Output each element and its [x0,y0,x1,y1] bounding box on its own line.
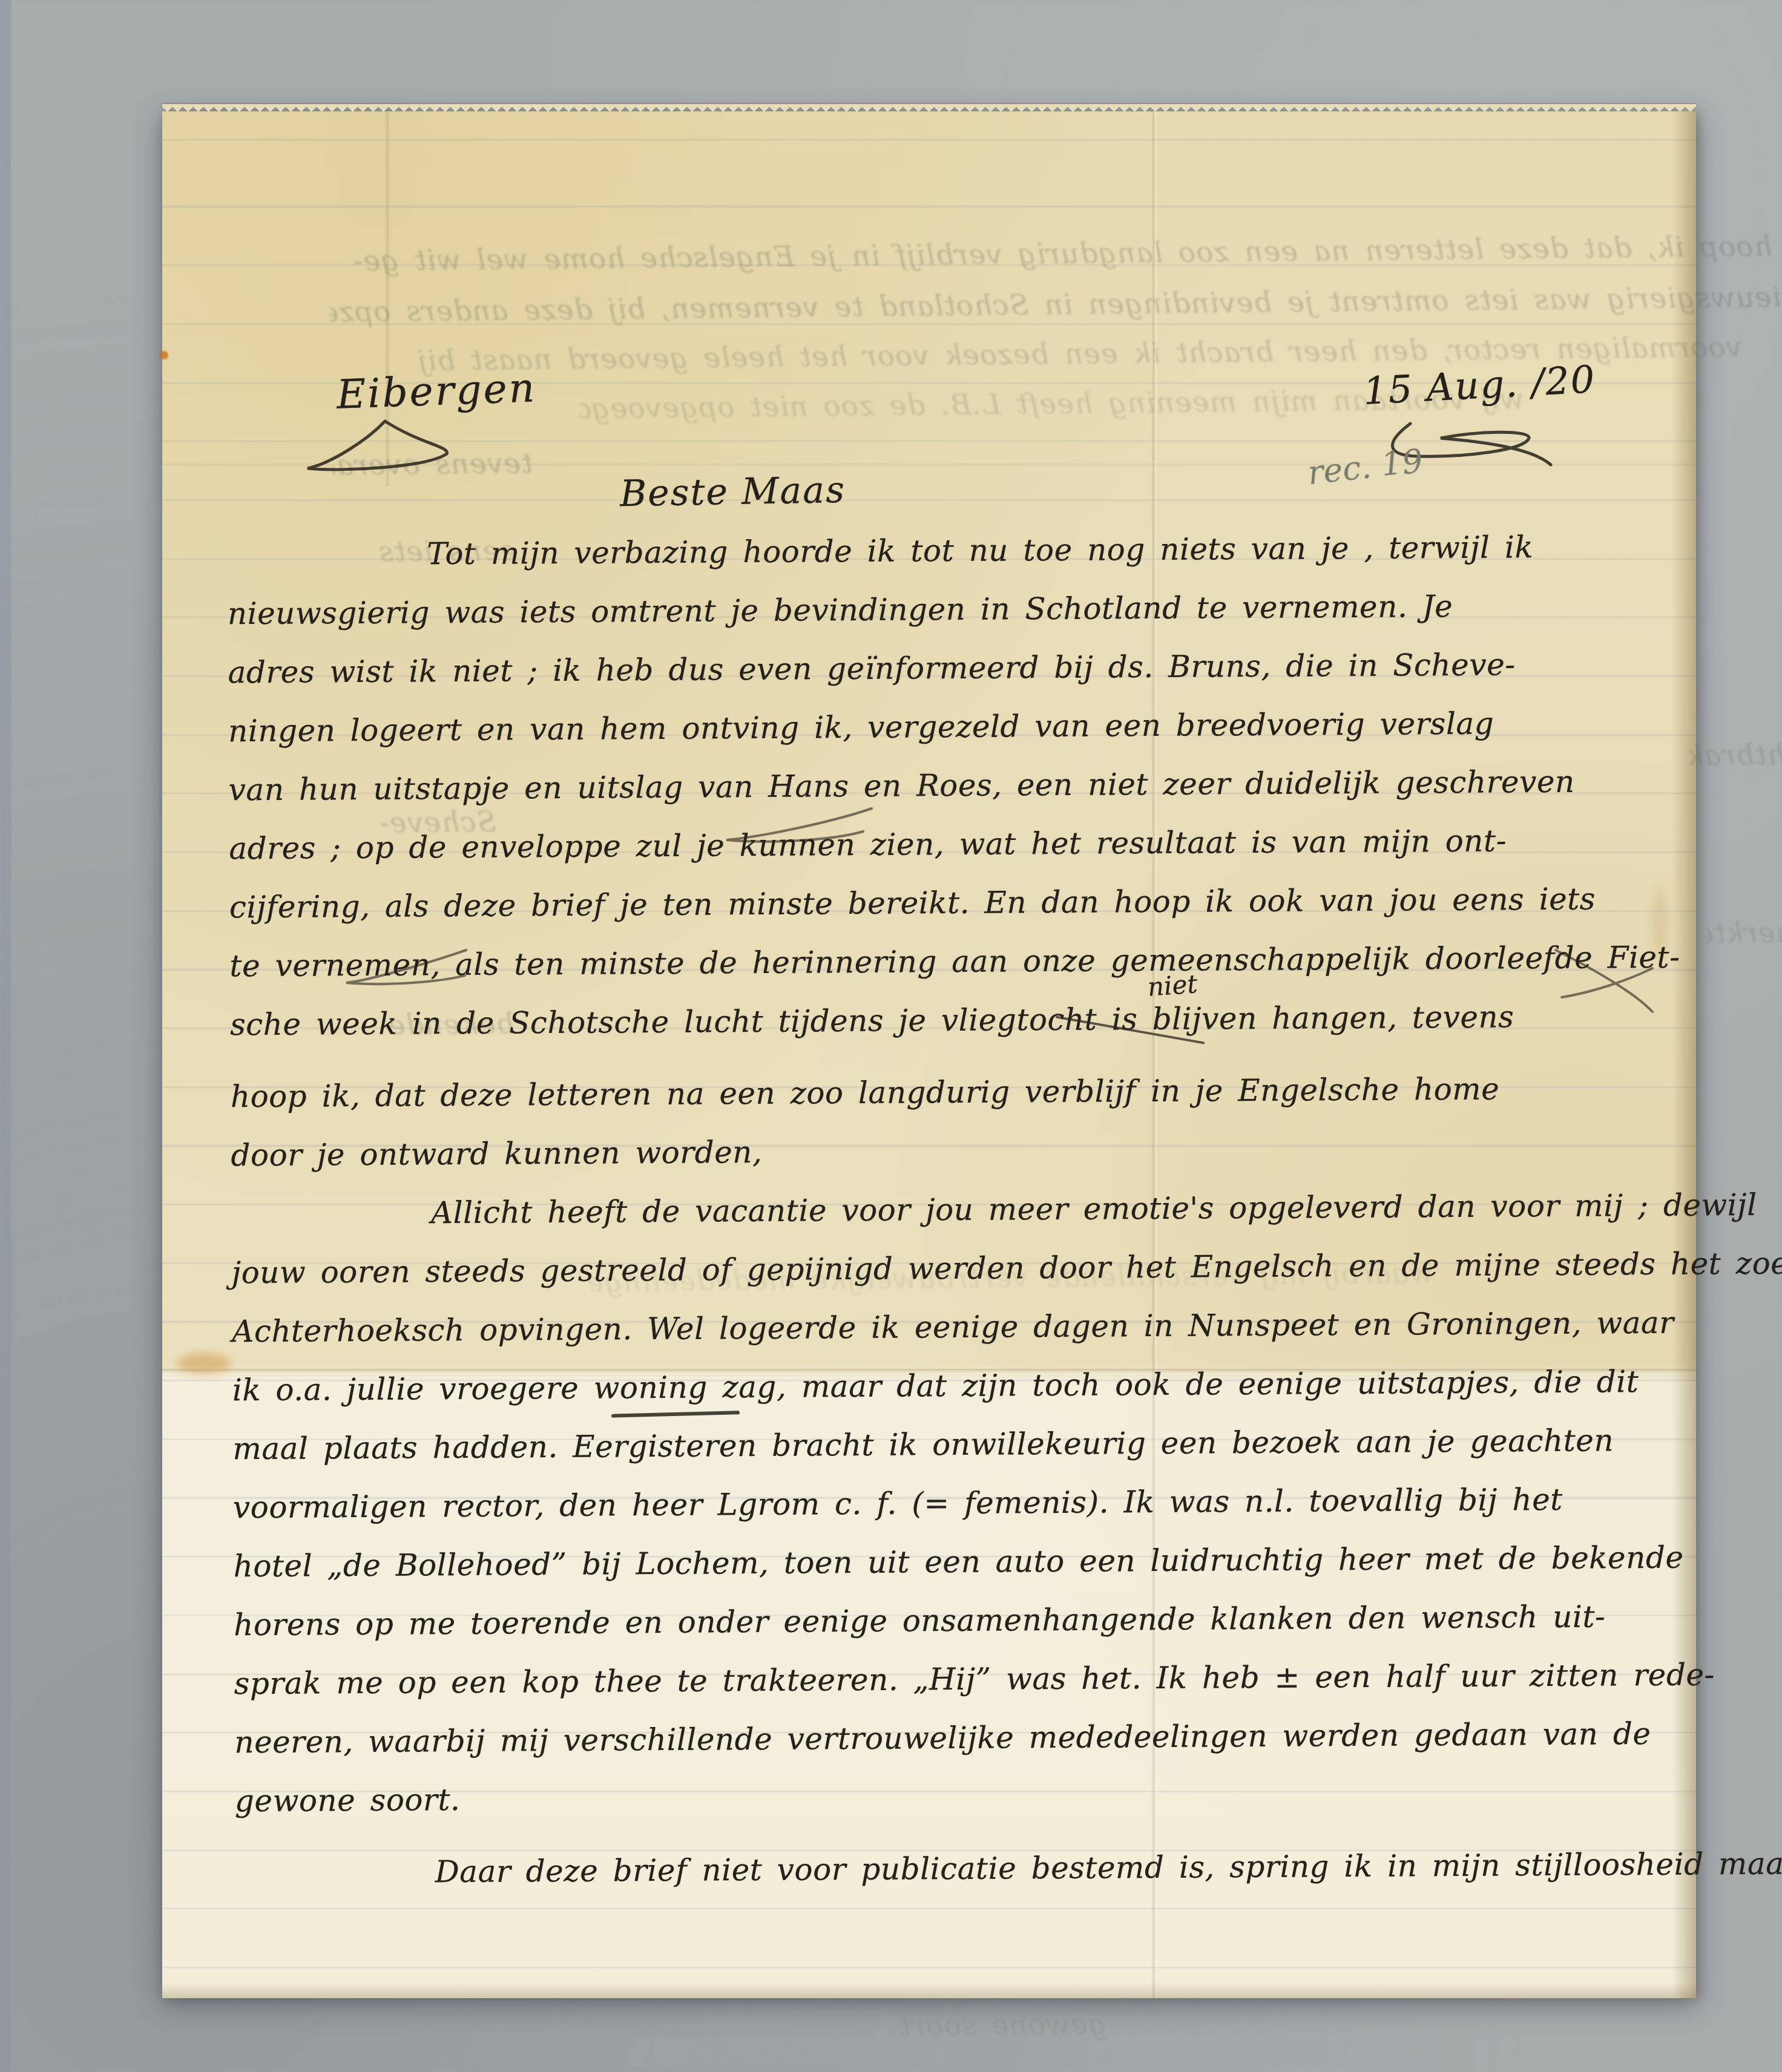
bleed-through-text: Nachtbraken [1688,738,1782,773]
handwritten-line: ningen logeert en van hem ontving ik, ve… [228,693,1675,761]
handwritten-line: horens op me toerende en onder eenige on… [234,1587,1681,1655]
place-name: Eibergen [336,364,537,418]
letter-body: Tot mijn verbazing hoorde ik tot nu toe … [227,517,1682,1903]
handwritten-line: nieuwsgierig was iets omtrent je bevindi… [228,576,1675,644]
handwritten-line: hoop ik, dat deze letteren na een zoo la… [231,1059,1678,1127]
page-background: { "colors": { "background": "#a7abac", "… [0,0,1782,2072]
salutation: Beste Maas [619,469,846,515]
handwritten-line: hotel „de Bollehoed” bij Lochem, toen ui… [233,1529,1680,1596]
age-stain [160,351,168,359]
paper-bottom-shadow [162,1982,1696,1998]
handwritten-line: adres ; op de enveloppe zul je kunnen zi… [229,811,1676,879]
pen-flourish [1537,944,1659,1017]
inserted-word: niet [1146,969,1198,1002]
handwritten-line: door je ontward kunnen worden, [231,1118,1678,1185]
handwritten-line: van hun uitstapje en uitslag van Hans en… [228,752,1675,820]
handwritten-line: sprak me op een kop thee te trakteeren. … [234,1646,1681,1714]
handwritten-line: voormaligen rector, den heer Lgrom c. f.… [233,1470,1680,1538]
handwritten-line: maal plaats hadden. Eergisteren bracht i… [232,1411,1680,1479]
handwritten-line: gewone soort. [235,1763,1682,1831]
handwritten-line: Achterhoeksch opvingen. Wel logeerde ik … [232,1294,1679,1362]
handwritten-line: Daar deze brief niet voor publicatie bes… [235,1835,1682,1903]
handwritten-line: cijfering, als deze brief je ten minste … [229,870,1677,937]
handwritten-line: jouw ooren steeds gestreeld of gepijnigd… [231,1235,1678,1303]
handwritten-line: ik o.a. jullie vroegere woning zag, maar… [232,1352,1680,1420]
handwritten-line: Allicht heeft de vacantie voor jou meer … [231,1176,1678,1244]
handwritten-line: neeren, waarbij mij verschillende vertro… [234,1705,1682,1772]
handwritten-line: adres wist ik niet ; ik heb dus even geï… [228,635,1675,703]
bleed-through-text: bemerkte [1706,916,1782,950]
pen-flourish [720,805,878,847]
pen-flourish [339,944,472,992]
age-stain [177,1353,231,1374]
bleed-through-text: gewone soort [792,2007,1107,2044]
handwritten-line: Tot mijn verbazing hoorde ik tot nu toe … [227,517,1674,585]
flourish-under-place [294,416,488,477]
handwritten-line: sche week in de Schotsche lucht tijdens … [230,987,1677,1055]
